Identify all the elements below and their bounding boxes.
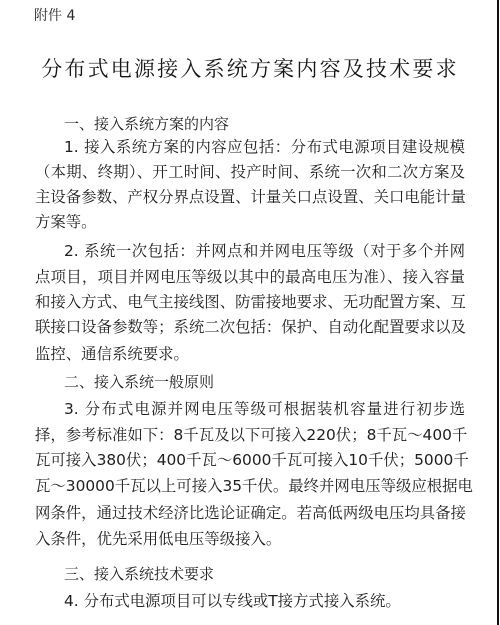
paragraph-1-line-1: 1. 接入系统方案的内容应包括：分布式电源项目建设规模 (64, 136, 465, 158)
paragraph-2-line-2: 点项目，项目并网电压等级以其中的最高电压为准）、接入容量 (35, 266, 465, 288)
paragraph-2-line-4: 联接口设备参数等；系统二次包括：保护、自动化配置要求以及 (35, 316, 465, 338)
paragraph-2-line-5: 监控、通信系统要求。 (35, 343, 465, 365)
paragraph-3-line-4: 瓦～30000千瓦以上可接入35千伏。最终并网电压等级应根据电 (35, 475, 465, 497)
paragraph-2-line-1: 2. 系统一次包括：并网点和并网电压等级（对于多个并网 (64, 240, 465, 262)
paragraph-1-line-4: 方案等。 (35, 211, 465, 233)
paragraph-4-line-1: 4. 分布式电源项目可以专线或T接方式接入系统。 (64, 590, 465, 612)
paragraph-3-line-2: 择，参考标准如下：8千瓦及以下可接入220伏；8千瓦～400千 (35, 424, 465, 446)
attachment-label: 附件 4 (34, 6, 75, 26)
paragraph-3-line-5: 网条件，通过技术经济比选论证确定。若高低两级电压均具备接 (35, 502, 465, 524)
section-heading-1: 一、接入系统方案的内容 (64, 113, 465, 135)
paragraph-3-line-6: 入条件，优先采用低电压等级接入。 (35, 528, 465, 550)
document-title: 分布式电源接入系统方案内容及技术要求 (0, 55, 500, 83)
paragraph-1-line-3: 主设备参数、产权分界点设置、计量关口点设置、关口电能计量 (35, 186, 465, 208)
paragraph-3-line-1: 3. 分布式电源并网电压等级可根据装机容量进行初步选 (64, 398, 465, 420)
paragraph-2-line-3: 和接入方式、电气主接线图、防雷接地要求、无功配置方案、互 (35, 291, 465, 313)
paragraph-3-line-3: 瓦可接入380伏；400千瓦～6000千瓦可接入10千伏；5000千 (35, 449, 465, 471)
section-heading-3: 三、接入系统技术要求 (64, 563, 465, 585)
document-page: 附件 4 分布式电源接入系统方案内容及技术要求 一、接入系统方案的内容 1. 接… (0, 0, 500, 625)
paragraph-1-line-2: （本期、终期）、开工时间、投产时间、系统一次和二次方案及 (35, 161, 465, 183)
section-heading-2: 二、接入系统一般原则 (64, 371, 465, 393)
page-edge-border (497, 0, 499, 625)
